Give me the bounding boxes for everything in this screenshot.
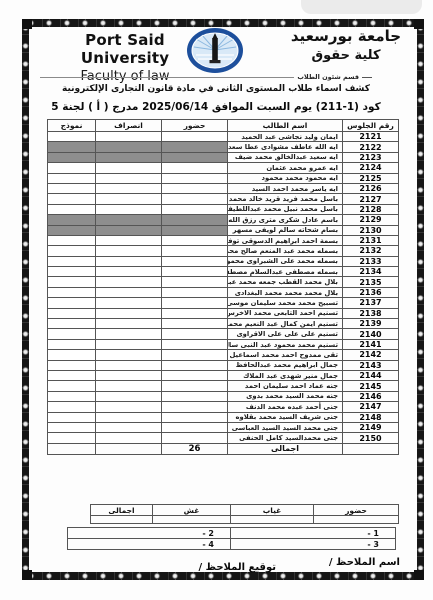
seat-number-cell: 2124 bbox=[343, 163, 399, 173]
leave-cell bbox=[96, 277, 162, 287]
note-cell-right: - 1 bbox=[231, 528, 396, 539]
table-row: 2140 تسنيم على على على الاقراوى bbox=[48, 329, 399, 339]
leave-cell bbox=[96, 235, 162, 245]
form-cell bbox=[48, 256, 96, 266]
table-row: 2141 تسنيم محمد محمود عبد النبى سالم bbox=[48, 339, 399, 349]
form-cell bbox=[48, 132, 96, 142]
form-cell bbox=[48, 350, 96, 360]
student-name-cell: جنه محمد السيد محمد بدوى bbox=[228, 391, 343, 401]
seat-number-cell: 2146 bbox=[343, 391, 399, 401]
form-cell bbox=[48, 194, 96, 204]
student-name-header: اسم الطالب bbox=[228, 120, 343, 132]
student-name-cell: بلال محمد محمد محمد البغدادى bbox=[228, 287, 343, 297]
student-name-cell: تسبيح محمد محمد سليمان موسى bbox=[228, 298, 343, 308]
table-header-row: رقم الجلوس اسم الطالب حضور انصراف نموذج bbox=[48, 120, 399, 132]
header-arabic: جامعة بورسعيد كلية حقوق bbox=[288, 27, 404, 63]
student-name-cell: باسم عادل شكرى مترى رزق الله bbox=[228, 215, 343, 225]
student-name-cell: بلال محمد القطب جمعه محمد عبد الله bbox=[228, 277, 343, 287]
total-present-count: 26 bbox=[162, 443, 228, 454]
form-cell bbox=[48, 412, 96, 422]
form-cell bbox=[48, 173, 96, 183]
seat-number-cell: 2131 bbox=[343, 235, 399, 245]
present-cell bbox=[162, 360, 228, 370]
student-name-cell: باسل محمد نبيل محمد عبداللطيف bbox=[228, 204, 343, 214]
student-name-cell: تسنيم احمد التابعى محمد الاخرس bbox=[228, 308, 343, 318]
leave-cell bbox=[96, 412, 162, 422]
border-corner bbox=[22, 570, 32, 580]
seat-number-cell: 2130 bbox=[343, 225, 399, 235]
form-cell bbox=[48, 204, 96, 214]
summary-header-row: حضور غياب غش اجمالى bbox=[91, 505, 399, 516]
student-name-cell: ايه ياسر محمد احمد السيد bbox=[228, 183, 343, 193]
table-row: 2129 باسم عادل شكرى مترى رزق الله bbox=[48, 215, 399, 225]
student-name-cell: ايه الله عاطف مشوادى عطا سعد bbox=[228, 142, 343, 152]
total-form-cell bbox=[48, 443, 96, 454]
summary-cell bbox=[91, 516, 153, 524]
present-cell bbox=[162, 142, 228, 152]
present-cell bbox=[162, 194, 228, 204]
present-cell bbox=[162, 277, 228, 287]
seat-number-cell: 2139 bbox=[343, 319, 399, 329]
summary-cell bbox=[231, 516, 314, 524]
table-row: 2126 ايه ياسر محمد احمد السيد bbox=[48, 183, 399, 193]
form-cell bbox=[48, 402, 96, 412]
table-row: 2123 ايه سعيد عبدالخالق محمد ضيف bbox=[48, 152, 399, 162]
table-row: 2139 تسنيم ايمن كمال عبد النعيم محمد bbox=[48, 319, 399, 329]
student-name-cell: جنى شريف السيد محمد بقلاوه bbox=[228, 412, 343, 422]
leave-cell bbox=[96, 132, 162, 142]
leave-cell bbox=[96, 215, 162, 225]
observer-name-label: اسم الملاحظ / bbox=[298, 557, 400, 568]
form-cell bbox=[48, 381, 96, 391]
leave-cell bbox=[96, 370, 162, 380]
leave-cell bbox=[96, 173, 162, 183]
border-top bbox=[22, 19, 424, 27]
leave-cell bbox=[96, 287, 162, 297]
present-cell bbox=[162, 267, 228, 277]
leave-cell bbox=[96, 204, 162, 214]
viewer-handle-pill bbox=[301, 0, 422, 14]
scanned-attendance-sheet: Port Said University Faculty of law جامع… bbox=[0, 0, 433, 600]
summary-header-cell: غش bbox=[153, 505, 231, 516]
student-name-cell: بسمله محمد عبد المنعم صالح محمد bbox=[228, 246, 343, 256]
form-cell bbox=[48, 319, 96, 329]
present-cell bbox=[162, 350, 228, 360]
form-header: نموذج bbox=[48, 120, 96, 132]
leave-cell bbox=[96, 319, 162, 329]
notes-table: - 2 - 1 - 4 - 3 bbox=[67, 527, 396, 550]
seat-number-cell: 2147 bbox=[343, 402, 399, 412]
leave-cell bbox=[96, 339, 162, 349]
form-cell bbox=[48, 360, 96, 370]
present-cell bbox=[162, 319, 228, 329]
seat-number-cell: 2142 bbox=[343, 350, 399, 360]
seat-number-cell: 2141 bbox=[343, 339, 399, 349]
form-cell bbox=[48, 298, 96, 308]
leave-cell bbox=[96, 298, 162, 308]
seat-number-cell: 2134 bbox=[343, 267, 399, 277]
form-cell bbox=[48, 142, 96, 152]
form-cell bbox=[48, 422, 96, 432]
present-cell bbox=[162, 225, 228, 235]
total-seat-cell bbox=[343, 443, 399, 454]
form-cell bbox=[48, 277, 96, 287]
leave-cell bbox=[96, 142, 162, 152]
table-row: 2145 جنه عماد احمد سليمان احمد bbox=[48, 381, 399, 391]
form-cell bbox=[48, 329, 96, 339]
note-cell-right: - 3 bbox=[231, 539, 396, 550]
form-cell bbox=[48, 215, 96, 225]
table-row: 2130 بسام شحاته سالم لويفى مسهر bbox=[48, 225, 399, 235]
form-cell bbox=[48, 225, 96, 235]
form-cell bbox=[48, 183, 96, 193]
present-cell bbox=[162, 152, 228, 162]
present-cell bbox=[162, 339, 228, 349]
student-name-cell: ايه سعيد عبدالخالق محمد ضيف bbox=[228, 152, 343, 162]
university-name-en: Port Said University bbox=[42, 31, 208, 67]
table-row: 2150 جنى محمدالسيد كامل الحنفى bbox=[48, 433, 399, 443]
present-cell bbox=[162, 308, 228, 318]
leave-header: انصراف bbox=[96, 120, 162, 132]
leave-cell bbox=[96, 329, 162, 339]
university-seal-icon bbox=[186, 27, 244, 74]
present-cell bbox=[162, 370, 228, 380]
present-cell bbox=[162, 287, 228, 297]
leave-cell bbox=[96, 183, 162, 193]
note-cell-left: - 4 bbox=[68, 539, 231, 550]
table-row: 2148 جنى شريف السيد محمد بقلاوه bbox=[48, 412, 399, 422]
form-cell bbox=[48, 287, 96, 297]
seat-number-cell: 2150 bbox=[343, 433, 399, 443]
border-corner bbox=[22, 19, 32, 29]
department-divider: قسم شئون الطلاب bbox=[40, 73, 372, 81]
form-cell bbox=[48, 339, 96, 349]
university-name-ar: جامعة بورسعيد bbox=[288, 27, 404, 45]
present-cell bbox=[162, 422, 228, 432]
attendance-table: رقم الجلوس اسم الطالب حضور انصراف نموذج … bbox=[47, 119, 399, 455]
seat-number-cell: 2121 bbox=[343, 132, 399, 142]
student-name-cell: باسل محمد فريد قريد خالد محمد bbox=[228, 194, 343, 204]
present-cell bbox=[162, 215, 228, 225]
seat-number-cell: 2122 bbox=[343, 142, 399, 152]
present-cell bbox=[162, 381, 228, 391]
present-cell bbox=[162, 298, 228, 308]
form-cell bbox=[48, 391, 96, 401]
divider-dash bbox=[362, 77, 372, 78]
seat-number-header: رقم الجلوس bbox=[343, 120, 399, 132]
student-name-cell: ايمان وليد نجاشى عبد الحميد bbox=[228, 132, 343, 142]
student-name-cell: بسمله محمد على الشبراوى محمود bbox=[228, 256, 343, 266]
table-row: 2136 بلال محمد محمد محمد البغدادى bbox=[48, 287, 399, 297]
present-cell bbox=[162, 235, 228, 245]
leave-cell bbox=[96, 422, 162, 432]
seat-number-cell: 2149 bbox=[343, 422, 399, 432]
leave-cell bbox=[96, 246, 162, 256]
seat-number-cell: 2125 bbox=[343, 173, 399, 183]
present-cell bbox=[162, 256, 228, 266]
leave-cell bbox=[96, 152, 162, 162]
seat-number-cell: 2148 bbox=[343, 412, 399, 422]
leave-cell bbox=[96, 163, 162, 173]
note-row: - 4 - 3 bbox=[68, 539, 396, 550]
form-cell bbox=[48, 308, 96, 318]
seat-number-cell: 2136 bbox=[343, 287, 399, 297]
present-cell bbox=[162, 173, 228, 183]
seat-number-cell: 2137 bbox=[343, 298, 399, 308]
table-row: 2138 تسنيم احمد التابعى محمد الاخرس bbox=[48, 308, 399, 318]
seat-number-cell: 2129 bbox=[343, 215, 399, 225]
divider-line bbox=[40, 77, 294, 78]
table-row: 2135 بلال محمد القطب جمعه محمد عبد الله bbox=[48, 277, 399, 287]
present-cell bbox=[162, 246, 228, 256]
seat-number-cell: 2140 bbox=[343, 329, 399, 339]
form-cell bbox=[48, 235, 96, 245]
student-name-cell: بسمله مصطفى عبدالسلام مصطفى bbox=[228, 267, 343, 277]
form-cell bbox=[48, 433, 96, 443]
leave-cell bbox=[96, 433, 162, 443]
total-leave-cell bbox=[96, 443, 162, 454]
student-name-cell: جمال ابراهيم محمد عبدالحافظ bbox=[228, 360, 343, 370]
summary-cell bbox=[153, 516, 231, 524]
present-cell bbox=[162, 433, 228, 443]
leave-cell bbox=[96, 225, 162, 235]
table-row: 2124 ايه عمرو محمد عثمان bbox=[48, 163, 399, 173]
student-name-cell: جنه عماد احمد سليمان احمد bbox=[228, 381, 343, 391]
total-label: اجمالى bbox=[228, 443, 343, 454]
present-cell bbox=[162, 163, 228, 173]
table-row: 2132 بسمله محمد عبد المنعم صالح محمد bbox=[48, 246, 399, 256]
form-cell bbox=[48, 163, 96, 173]
seat-number-cell: 2143 bbox=[343, 360, 399, 370]
observer-signature-label: توقيع الملاحظ / bbox=[166, 562, 276, 573]
table-row: 2147 جنى أحمد عبده محمد الدنف bbox=[48, 402, 399, 412]
seat-number-cell: 2126 bbox=[343, 183, 399, 193]
border-right bbox=[417, 19, 424, 580]
total-row: اجمالى 26 bbox=[48, 443, 399, 454]
seat-number-cell: 2127 bbox=[343, 194, 399, 204]
student-name-cell: بسمة احمد ابراهيم الدسوقى توفيق bbox=[228, 235, 343, 245]
leave-cell bbox=[96, 360, 162, 370]
leave-cell bbox=[96, 381, 162, 391]
present-cell bbox=[162, 329, 228, 339]
seat-number-cell: 2132 bbox=[343, 246, 399, 256]
table-row: 2142 تقى ممدوح احمد محمد اسماعيل bbox=[48, 350, 399, 360]
student-name-cell: جنى أحمد عبده محمد الدنف bbox=[228, 402, 343, 412]
seat-number-cell: 2133 bbox=[343, 256, 399, 266]
student-name-cell: ايه محمود محمد محمود bbox=[228, 173, 343, 183]
present-cell bbox=[162, 183, 228, 193]
form-cell bbox=[48, 267, 96, 277]
present-cell bbox=[162, 204, 228, 214]
table-row: 2127 باسل محمد فريد قريد خالد محمد bbox=[48, 194, 399, 204]
border-corner bbox=[414, 570, 424, 580]
table-row: 2125 ايه محمود محمد محمود bbox=[48, 173, 399, 183]
summary-header-cell: اجمالى bbox=[91, 505, 153, 516]
table-row: 2137 تسبيح محمد محمد سليمان موسى bbox=[48, 298, 399, 308]
border-corner bbox=[414, 19, 424, 29]
table-row: 2146 جنه محمد السيد محمد بدوى bbox=[48, 391, 399, 401]
summary-header-cell: غياب bbox=[231, 505, 314, 516]
faculty-name-ar: كلية حقوق bbox=[288, 48, 404, 63]
table-row: 2133 بسمله محمد على الشبراوى محمود bbox=[48, 256, 399, 266]
present-cell bbox=[162, 402, 228, 412]
table-row: 2149 جنى محمد السيد السيد العباسى bbox=[48, 422, 399, 432]
present-header: حضور bbox=[162, 120, 228, 132]
table-row: 2131 بسمة احمد ابراهيم الدسوقى توفيق bbox=[48, 235, 399, 245]
summary-header-cell: حضور bbox=[314, 505, 399, 516]
seat-number-cell: 2128 bbox=[343, 204, 399, 214]
student-name-cell: ايه عمرو محمد عثمان bbox=[228, 163, 343, 173]
table-row: 2128 باسل محمد نبيل محمد عبداللطيف bbox=[48, 204, 399, 214]
seat-number-cell: 2123 bbox=[343, 152, 399, 162]
leave-cell bbox=[96, 194, 162, 204]
table-row: 2134 بسمله مصطفى عبدالسلام مصطفى bbox=[48, 267, 399, 277]
leave-cell bbox=[96, 402, 162, 412]
table-row: 2121 ايمان وليد نجاشى عبد الحميد bbox=[48, 132, 399, 142]
note-row: - 2 - 1 bbox=[68, 528, 396, 539]
table-row: 2122 ايه الله عاطف مشوادى عطا سعد bbox=[48, 142, 399, 152]
present-cell bbox=[162, 391, 228, 401]
leave-cell bbox=[96, 350, 162, 360]
student-name-cell: جنى محمدالسيد كامل الحنفى bbox=[228, 433, 343, 443]
leave-cell bbox=[96, 267, 162, 277]
summary-table: حضور غياب غش اجمالى bbox=[90, 504, 399, 524]
student-name-cell: جمال منير شهدى عبد الملاك bbox=[228, 370, 343, 380]
border-bottom bbox=[22, 572, 424, 580]
leave-cell bbox=[96, 256, 162, 266]
exam-session-info: كود (1-211) يوم السبت الموافق 2025/06/14… bbox=[40, 101, 392, 113]
leave-cell bbox=[96, 391, 162, 401]
leave-cell bbox=[96, 308, 162, 318]
note-cell-left: - 2 bbox=[68, 528, 231, 539]
student-name-cell: تسنيم محمد محمود عبد النبى سالم bbox=[228, 339, 343, 349]
form-cell bbox=[48, 246, 96, 256]
seat-number-cell: 2145 bbox=[343, 381, 399, 391]
student-name-cell: جنى محمد السيد السيد العباسى bbox=[228, 422, 343, 432]
student-name-cell: تسنيم ايمن كمال عبد النعيم محمد bbox=[228, 319, 343, 329]
form-cell bbox=[48, 370, 96, 380]
summary-empty-row bbox=[91, 516, 399, 524]
student-name-cell: بسام شحاته سالم لويفى مسهر bbox=[228, 225, 343, 235]
seat-number-cell: 2138 bbox=[343, 308, 399, 318]
sheet-title: كشف اسماء طلاب المستوى الثانى في مادة قا… bbox=[40, 84, 392, 94]
table-row: 2143 جمال ابراهيم محمد عبدالحافظ bbox=[48, 360, 399, 370]
seat-number-cell: 2135 bbox=[343, 277, 399, 287]
present-cell bbox=[162, 132, 228, 142]
student-name-cell: تقى ممدوح احمد محمد اسماعيل bbox=[228, 350, 343, 360]
border-left bbox=[22, 19, 29, 580]
form-cell bbox=[48, 152, 96, 162]
department-label: قسم شئون الطلاب bbox=[297, 73, 359, 81]
present-cell bbox=[162, 412, 228, 422]
seat-number-cell: 2144 bbox=[343, 370, 399, 380]
table-row: 2144 جمال منير شهدى عبد الملاك bbox=[48, 370, 399, 380]
student-name-cell: تسنيم على على على الاقراوى bbox=[228, 329, 343, 339]
summary-cell bbox=[314, 516, 399, 524]
